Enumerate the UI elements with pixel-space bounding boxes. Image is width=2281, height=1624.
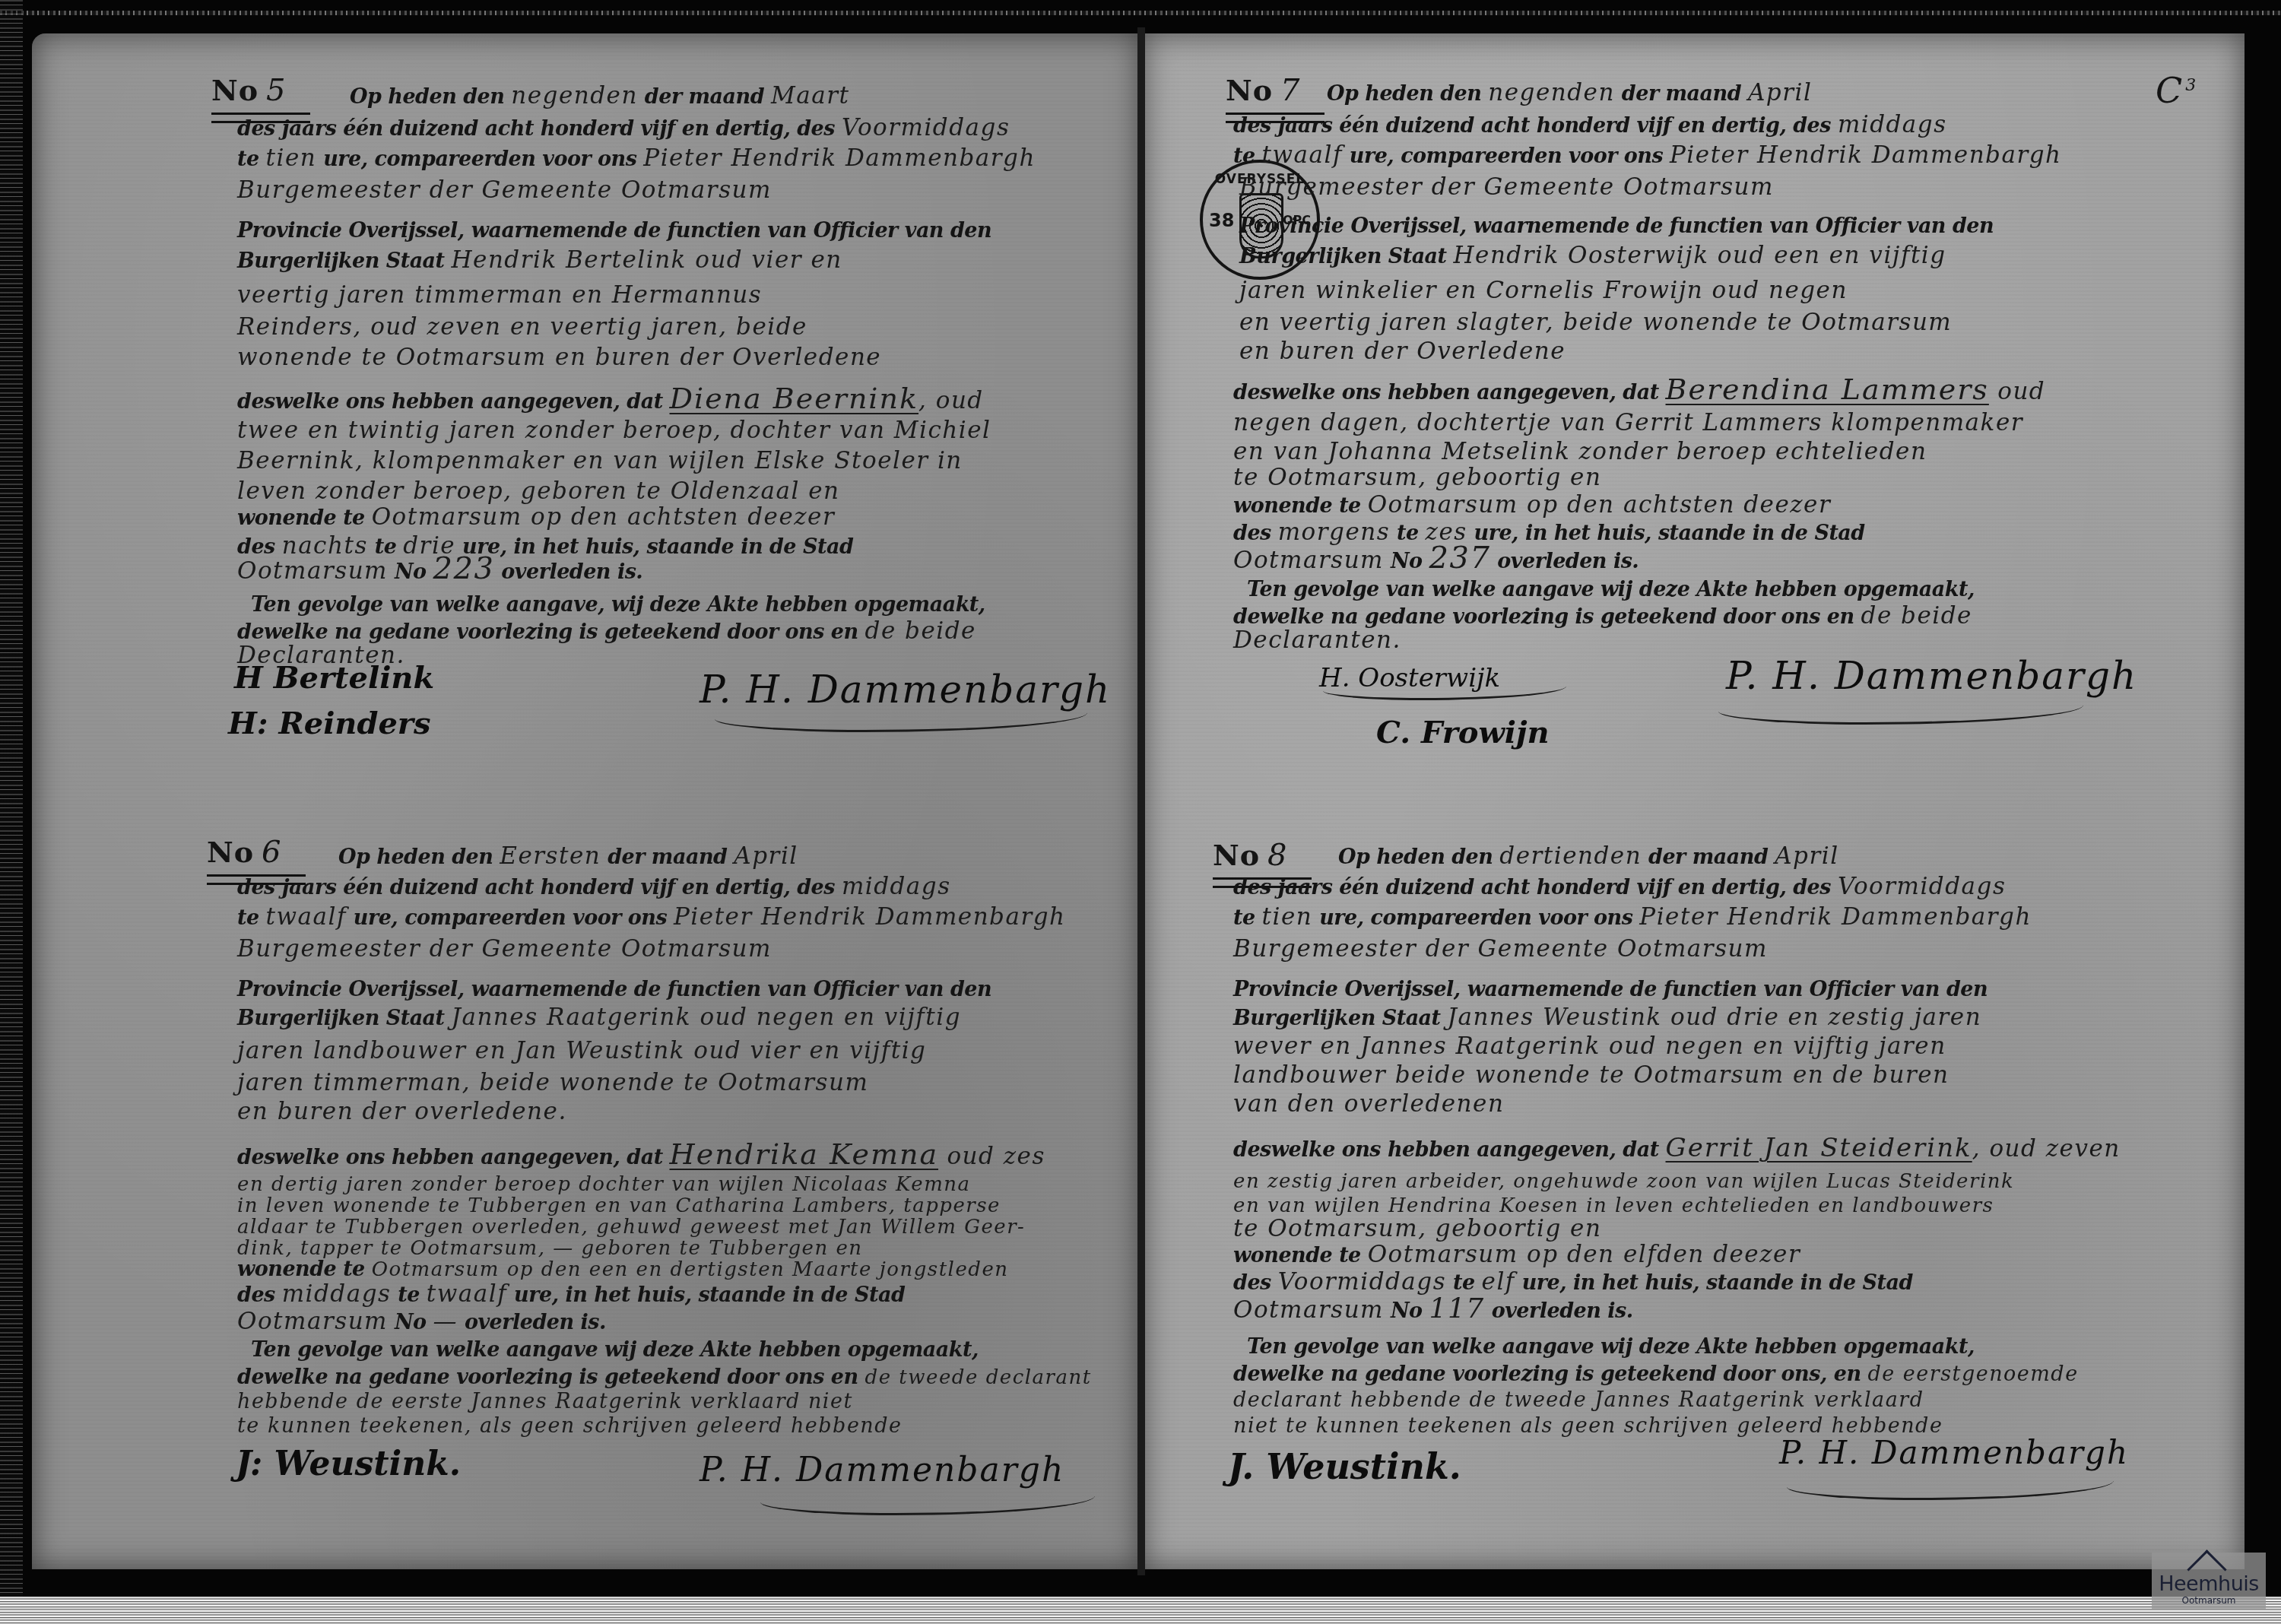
- entry-number-label: No: [211, 73, 259, 107]
- entry-line: wonende te Ootmarsum en buren der Overle…: [237, 345, 881, 370]
- entry-line: wonende te Ootmarsum op den achtsten dee…: [1233, 493, 1831, 519]
- entry-line: Ten gevolge van welke aangave wij deze A…: [1247, 576, 1975, 602]
- entry-line: deswelke ons hebben aangegeven, dat Gerr…: [1233, 1136, 2121, 1162]
- entry-line: Declaranten.: [1233, 628, 1401, 652]
- entry-line: wonende te Ootmarsum op den achtsten dee…: [237, 505, 835, 531]
- entry-line: Ootmarsum No — overleden is.: [237, 1309, 606, 1335]
- entry-line: wonende te Ootmarsum op den elfden deeze…: [1233, 1242, 1800, 1268]
- entry-line: hebbende de eerste Jannes Raatgerink ver…: [237, 1388, 853, 1414]
- entry-line: Op heden den dertienden der maand April: [1338, 844, 1839, 870]
- entry-line: en zestig jaren arbeider, ongehuwde zoon…: [1233, 1168, 2014, 1194]
- entry-line: dewelke na gedane voorlezing is geteeken…: [237, 1364, 1092, 1390]
- entry-line: wever en Jannes Raatgerink oud negen en …: [1233, 1034, 1946, 1058]
- scan-artifact-left: [0, 0, 23, 1624]
- witness-signature: J. Weustink.: [1228, 1446, 1461, 1487]
- witness-signature: J: Weustink.: [236, 1445, 461, 1483]
- entry-line: en buren der Overledene: [1239, 339, 1566, 363]
- entry-line: wonende te Ootmarsum op den een en derti…: [237, 1256, 1009, 1282]
- official-signature: P. H. Dammenbargh: [1779, 1434, 2129, 1471]
- house-number: —: [433, 1308, 458, 1335]
- entry-number: No8: [1213, 838, 1288, 873]
- entry-number-value: 7: [1280, 73, 1300, 108]
- entry-line: Ten gevolge van welke aangave wij deze A…: [1247, 1334, 1975, 1359]
- entry-line: des jaars één duizend acht honderd vijf …: [237, 116, 1010, 141]
- entry-line: jaren timmerman, beide wonende te Ootmar…: [237, 1071, 868, 1095]
- entry-number: No6: [207, 835, 282, 870]
- deceased-name: Gerrit Jan Steiderink: [1666, 1133, 1972, 1163]
- entry-line: des Voormiddags te elf ure, in het huis,…: [1233, 1270, 1913, 1296]
- entry-line: dewelke na gedane voorlezing is geteeken…: [1233, 1361, 2079, 1387]
- entry-line: jaren landbouwer en Jan Weustink oud vie…: [237, 1039, 926, 1063]
- watermark-subtitle: Ootmarsum: [2152, 1595, 2266, 1606]
- book-spine: [1137, 27, 1145, 1575]
- house-number: 117: [1429, 1293, 1485, 1324]
- entry-line: twee en twintig jaren zonder beroep, doc…: [237, 418, 991, 442]
- entry-number: No5: [211, 73, 287, 108]
- heemhuis-watermark: Heemhuis Ootmarsum: [2152, 1553, 2266, 1609]
- entry-line: negen dagen, dochtertje van Gerrit Lamme…: [1233, 411, 2023, 435]
- witness-signature: H Bertelink: [234, 660, 434, 696]
- deceased-name: Hendrika Kemna: [670, 1137, 939, 1171]
- entry-number-label: No: [207, 835, 254, 869]
- entry-line: van den overledenen: [1233, 1092, 1504, 1116]
- entry-line: Ootmarsum No 117 overleden is.: [1233, 1297, 1633, 1324]
- folio-letter: C: [2156, 70, 2182, 111]
- entry-line: Burgemeester der Gemeente Ootmarsum: [237, 178, 772, 202]
- entry-line: des nachts te drie ure, in het huis, sta…: [237, 534, 853, 560]
- entry-line: te tien ure, compareerden voor ons Piete…: [237, 146, 1036, 172]
- entry-line: te Ootmarsum, geboortig en: [1233, 465, 1601, 490]
- entry-line: Burgemeester der Gemeente Ootmarsum: [1239, 175, 1774, 199]
- entry-line: des morgens te zes ure, in het huis, sta…: [1233, 520, 1865, 546]
- entry-line: Burgerlijken Staat Jannes Weustink oud d…: [1233, 1005, 1981, 1031]
- entry-line: Reinders, oud zeven en veertig jaren, be…: [237, 315, 807, 339]
- witness-signature: H: Reinders: [228, 706, 430, 741]
- entry-line: Ten gevolge van welke aangave wij deze A…: [251, 1337, 979, 1362]
- entry-line: deswelke ons hebben aangegeven, dat Bere…: [1233, 377, 2045, 405]
- house-number: 237: [1429, 541, 1491, 576]
- entry-line: Burgerlijken Staat Hendrik Oosterwijk ou…: [1239, 243, 1946, 269]
- entry-number-value: 8: [1267, 838, 1287, 873]
- entry-line: Op heden den Eersten der maand April: [338, 844, 798, 870]
- entry-line: te Ootmarsum, geboortig en: [1233, 1216, 1601, 1241]
- house-number: 223: [433, 551, 495, 586]
- entry-line: landbouwer beide wonende te Ootmarsum en…: [1233, 1063, 1949, 1087]
- entry-number-value: 6: [262, 835, 281, 870]
- entry-line: des jaars één duizend acht honderd vijf …: [1233, 113, 1947, 138]
- entry-line: declarant hebbende de tweede Jannes Raat…: [1233, 1387, 1924, 1413]
- entry-line: jaren winkelier en Cornelis Frowijn oud …: [1239, 278, 1848, 303]
- entry-line: Burgerlijken Staat Jannes Raatgerink oud…: [237, 1005, 961, 1031]
- entry-line: leven zonder beroep, geboren te Oldenzaa…: [237, 479, 840, 503]
- entry-line: deswelke ons hebben aangegeven, dat Dien…: [237, 386, 984, 414]
- entry-line: Provincie Overijssel, waarnemende de fun…: [237, 217, 991, 243]
- scan-artifact-bottom: [0, 1597, 2281, 1624]
- entry-line: dewelke na gedane voorlezing is geteeken…: [237, 619, 976, 645]
- entry-line: Burgemeester der Gemeente Ootmarsum: [1233, 937, 1768, 961]
- entry-line: deswelke ons hebben aangegeven, dat Hend…: [237, 1142, 1045, 1170]
- watermark-title: Heemhuis: [2152, 1572, 2266, 1596]
- entry-line: en van wijlen Hendrina Koesen in leven e…: [1233, 1192, 1994, 1218]
- entry-line: dewelke na gedane voorlezing is geteeken…: [1233, 604, 1972, 630]
- entry-line: te twaalf ure, compareerden voor ons Pie…: [1233, 143, 2062, 169]
- entry-line: Provincie Overijssel, waarnemende de fun…: [1239, 213, 1994, 239]
- entry-line: Ootmarsum No 237 overleden is.: [1233, 546, 1639, 574]
- entry-line: veertig jaren timmerman en Hermannus: [237, 283, 762, 307]
- entry-line: te twaalf ure, compareerden voor ons Pie…: [237, 905, 1066, 931]
- folio-number: 3: [2185, 76, 2196, 95]
- entry-line: en buren der overledene.: [237, 1099, 567, 1124]
- stamp-value: 38: [1209, 210, 1234, 231]
- entry-number-value: 5: [266, 73, 286, 108]
- entry-number: No7: [1226, 73, 1301, 108]
- deceased-name: Diena Beernink: [670, 382, 919, 415]
- entry-line: te kunnen teekenen, als geen schrijven g…: [237, 1413, 903, 1438]
- entry-line: des jaars één duizend acht honderd vijf …: [1233, 874, 2006, 900]
- entry-line: des middags te twaalf ure, in het huis, …: [237, 1282, 905, 1308]
- folio-mark: C3: [2156, 70, 2196, 111]
- entry-line: Ten gevolge van welke aangave, wij deze …: [251, 592, 985, 617]
- entry-line: Ootmarsum No 223 overleden is.: [237, 557, 642, 585]
- witness-signature: C. Frowijn: [1376, 715, 1550, 750]
- deceased-name: Berendina Lammers: [1666, 373, 1989, 406]
- scan-artifact-top: [0, 11, 2281, 15]
- entry-number-label: No: [1226, 73, 1273, 107]
- entry-line: Burgemeester der Gemeente Ootmarsum: [237, 937, 772, 961]
- entry-line: Provincie Overijssel, waarnemende de fun…: [1233, 976, 1988, 1002]
- entry-line: des jaars één duizend acht honderd vijf …: [237, 874, 951, 900]
- entry-line: en veertig jaren slagter, beide wonende …: [1239, 310, 1952, 335]
- entry-line: en van Johanna Metselink zonder beroep e…: [1233, 439, 1927, 464]
- entry-line: Burgerlijken Staat Hendrik Bertelink oud…: [237, 248, 842, 274]
- entry-line: Op heden den negenden der maand April: [1327, 81, 1812, 106]
- entry-number-label: No: [1213, 838, 1260, 872]
- entry-line: Op heden den negenden der maand Maart: [350, 84, 849, 109]
- entry-line: Beernink, klompenmaker en van wijlen Els…: [237, 449, 963, 473]
- entry-line: te tien ure, compareerden voor ons Piete…: [1233, 905, 2032, 931]
- entry-line: Provincie Overijssel, waarnemende de fun…: [237, 976, 991, 1002]
